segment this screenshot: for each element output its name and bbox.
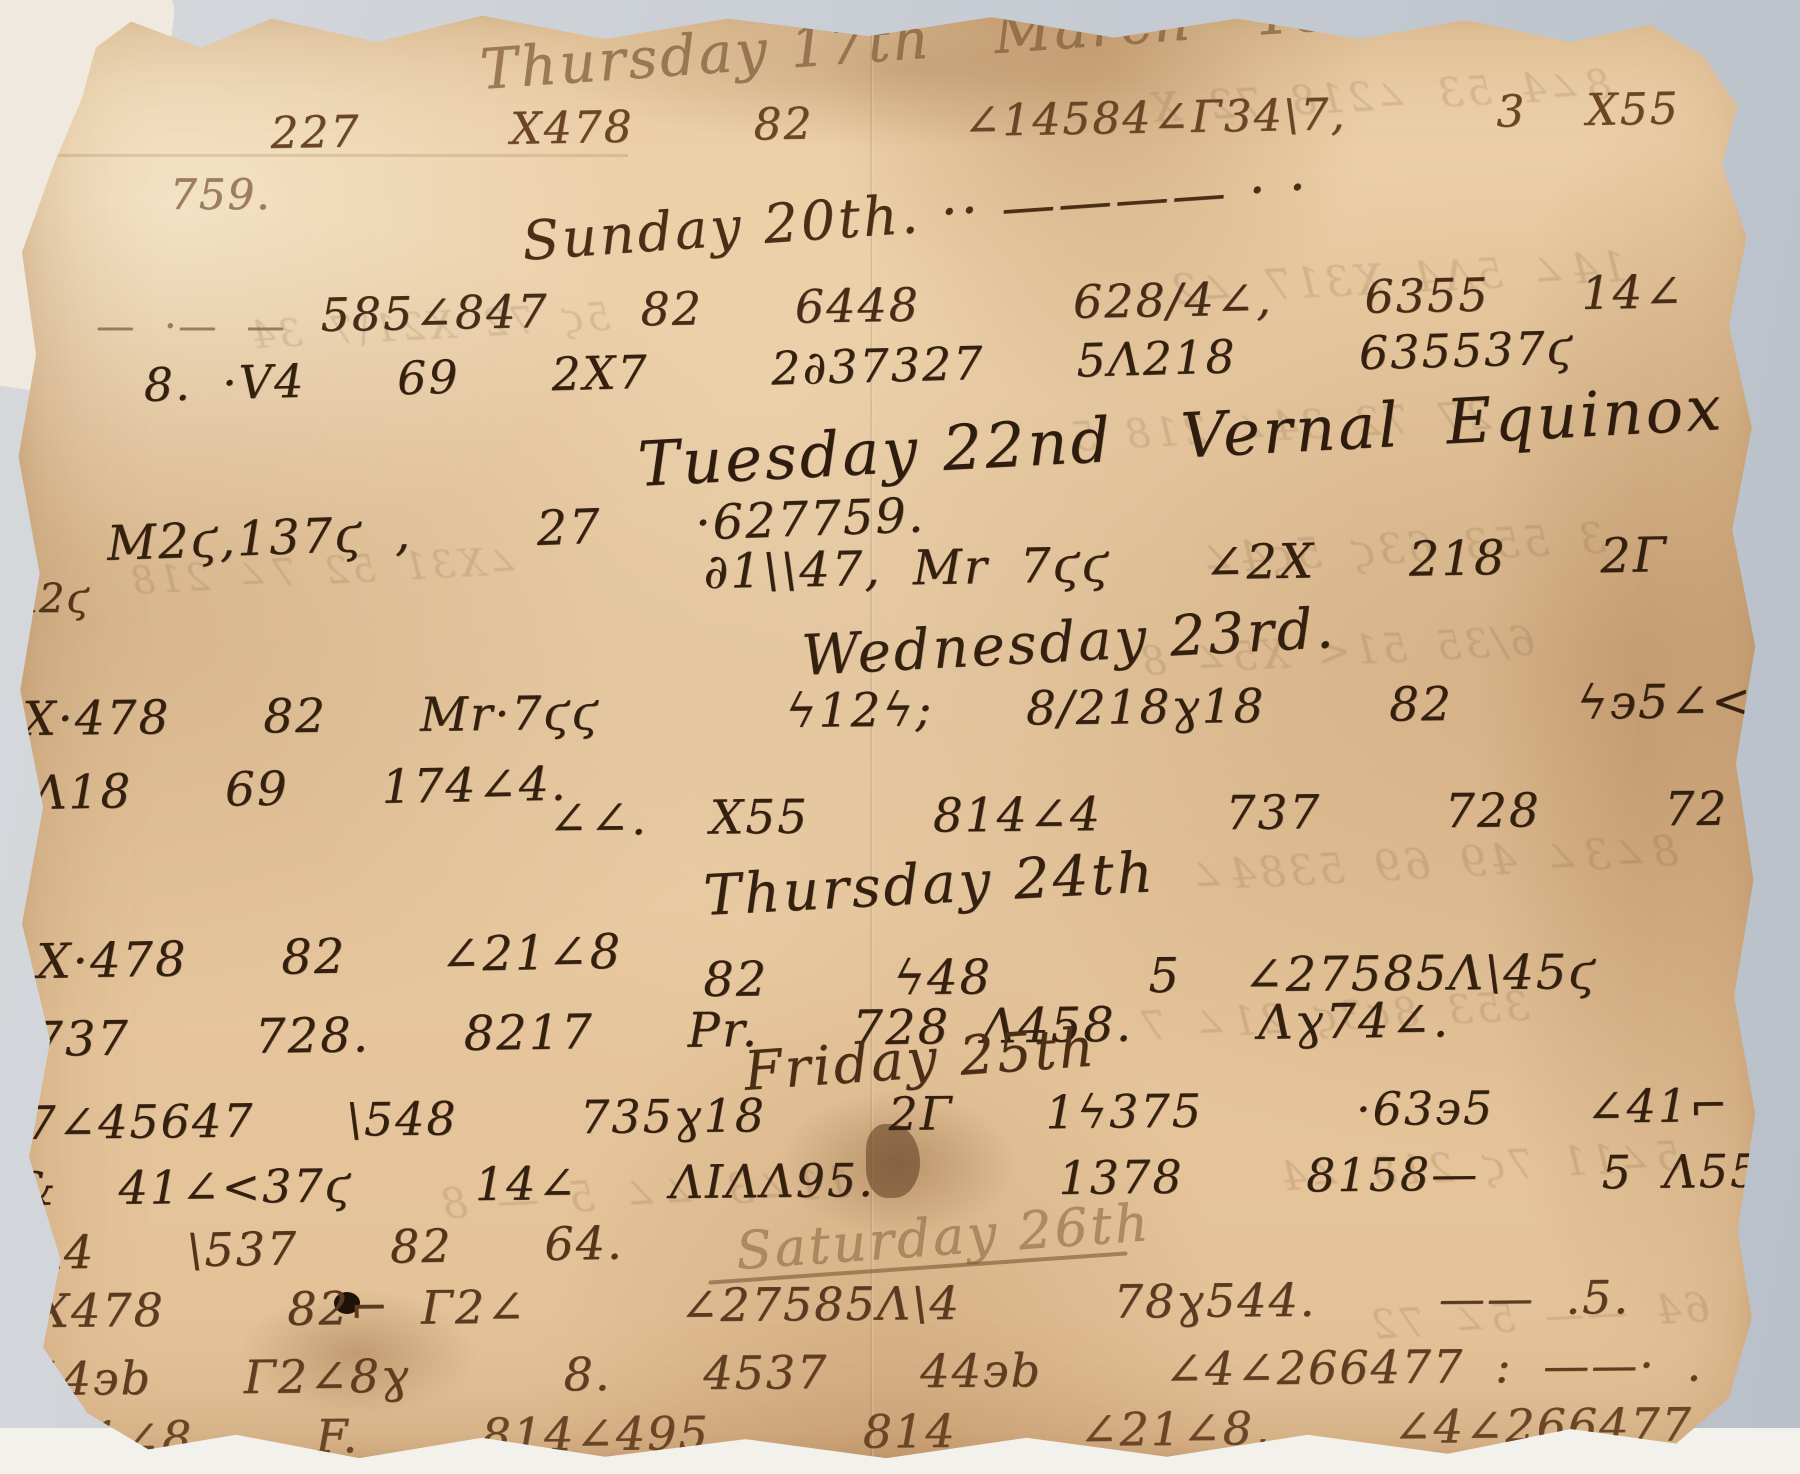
cipher-line: Λ18 69 174∠4. bbox=[32, 757, 568, 821]
cipher-line: 44϶b Γ2∠8ɣ 8. 4537 44϶b ∠4∠266477 : ——· … bbox=[30, 1332, 1800, 1406]
manuscript-page: 8∠4 53 ∠218 72 X 14∠ 5Λ4 X317 ∠2 5ϛ 72 X… bbox=[8, 4, 1764, 1464]
cipher-margin-mark: Λ2ϛ bbox=[8, 576, 91, 622]
entry-heading-thursday-24: Thursday 24th bbox=[702, 840, 1157, 929]
cipher-line: 737 728. 8217 Pr. 728 Λ458. Λɣ74∠. bbox=[32, 992, 1450, 1068]
cipher-line: ∠∠. X55 814∠4 737 728 72 38. 714 Mr785 bbox=[548, 778, 1800, 847]
cipher-line: X·478 82 ∠21∠8 bbox=[36, 924, 623, 990]
cipher-margin-mark: — ·— — bbox=[96, 304, 286, 348]
cipher-line: Λ4 \537 82 64. bbox=[28, 1216, 624, 1280]
scanned-cipher-manuscript: { "palette":{"paper":"#e8c9a0","ink_dark… bbox=[0, 0, 1800, 1474]
cipher-line: 759. bbox=[170, 170, 272, 219]
entry-heading-sunday-20: Sunday 20th. ·· ———— · · bbox=[520, 155, 1311, 273]
